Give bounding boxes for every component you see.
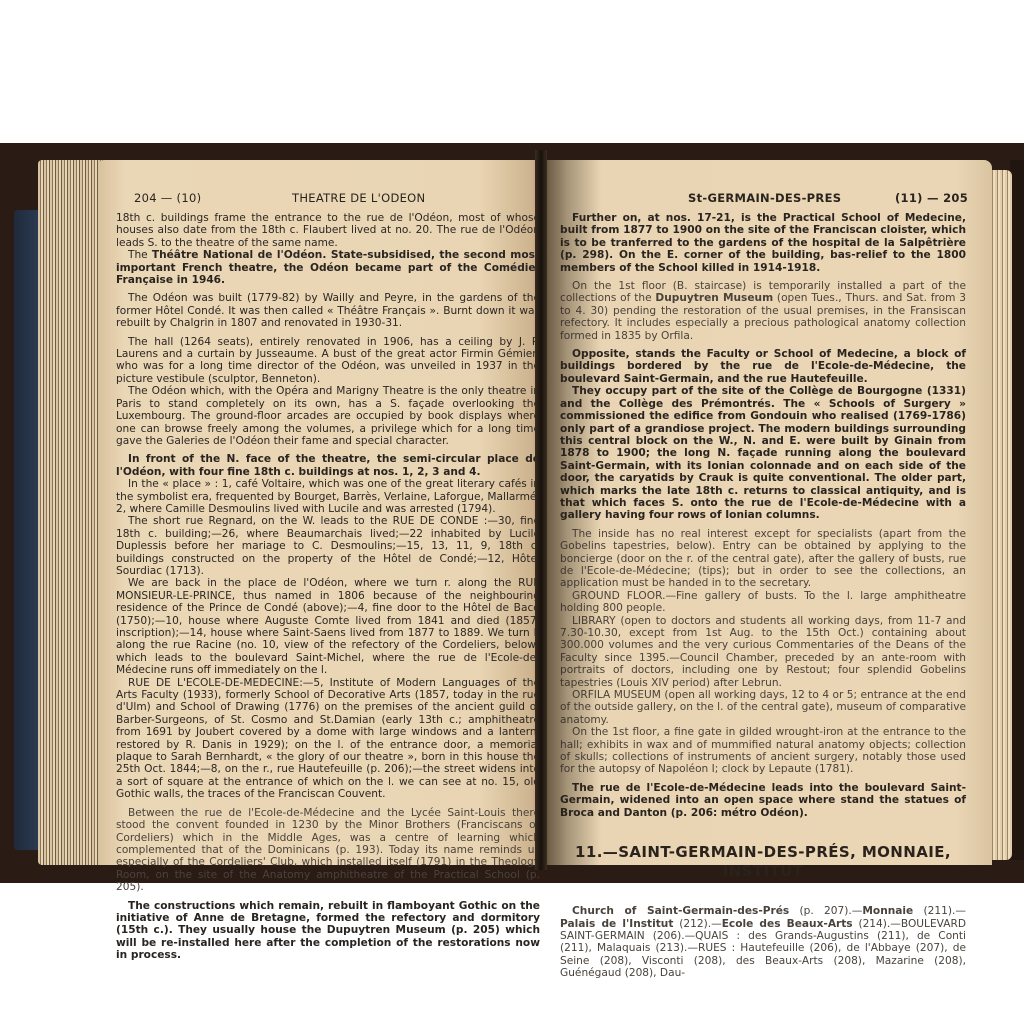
left-running-head: 204 — (10) THEATRE DE L'ODEON xyxy=(116,192,546,206)
text-run: (p. 207).— xyxy=(789,905,862,917)
bold-term: Ecole des Beaux-Arts xyxy=(722,918,853,930)
paragraph: In the « place » : 1, café Voltaire, whi… xyxy=(116,478,540,515)
right-running-head: St-GERMAIN-DES-PRES (11) — 205 xyxy=(540,192,992,206)
text-run: (211).— xyxy=(913,905,966,917)
page-edges-right xyxy=(990,170,1012,860)
paragraph: RUE DE L'ECOLE-DE-MEDECINE:—5, Institute… xyxy=(116,677,540,801)
paragraph: The rue de l'Ecole-de-Médecine leads int… xyxy=(560,782,966,819)
paragraph: Between the rue de l'Ecole-de-Médecine a… xyxy=(116,807,540,894)
paragraph: Further on, at nos. 17-21, is the Practi… xyxy=(560,212,966,274)
right-running-title: St-GERMAIN-DES-PRES xyxy=(688,192,841,204)
right-body-text: Further on, at nos. 17-21, is the Practi… xyxy=(560,212,966,980)
paragraph: The Théâtre National de l'Odéon. State-s… xyxy=(116,249,540,286)
paragraph: ORFILA MUSEUM (open all working days, 12… xyxy=(560,689,966,726)
text-run: (212).— xyxy=(673,918,721,930)
left-running-title: THEATRE DE L'ODEON xyxy=(292,192,425,204)
paragraph: In front of the N. face of the theatre, … xyxy=(116,453,540,478)
paragraph: On the 1st floor, a fine gate in gilded … xyxy=(560,726,966,776)
section-heading-line: 11.—SAINT-GERMAIN-DES-PRÉS, MONNAIE, xyxy=(560,843,966,862)
bold-term: Palais de l'Institut xyxy=(560,918,673,930)
text-run: The xyxy=(128,249,152,261)
paragraph: They occupy part of the site of the Coll… xyxy=(560,385,966,521)
left-body-text: 18th c. buildings frame the entrance to … xyxy=(116,212,540,962)
bold-term: Church of Saint-Germain-des-Prés xyxy=(572,905,789,917)
bold-term: School of Medecine, xyxy=(774,348,898,360)
book-gutter xyxy=(535,150,547,870)
section-heading-line: INSTITUT xyxy=(560,862,966,881)
paragraph: On the 1st floor (B. staircase) is tempo… xyxy=(560,280,966,342)
text-run: Opposite, stands the Faculty or xyxy=(572,348,774,360)
paragraph: The short rue Regnard, on the W. leads t… xyxy=(116,515,540,577)
right-page: St-GERMAIN-DES-PRES (11) — 205 Further o… xyxy=(540,160,992,865)
left-page-number: 204 — (10) xyxy=(134,192,201,204)
paragraph: Opposite, stands the Faculty or School o… xyxy=(560,348,966,385)
paragraph: The Odéon which, with the Opéra and Mari… xyxy=(116,385,540,447)
book-cover-right xyxy=(1010,160,1024,860)
paragraph: LIBRARY (open to doctors and students al… xyxy=(560,615,966,689)
section-heading: 11.—SAINT-GERMAIN-DES-PRÉS, MONNAIE, INS… xyxy=(560,843,966,881)
paragraph: The inside has no real interest except f… xyxy=(560,528,966,590)
right-page-number: (11) — 205 xyxy=(895,192,968,204)
paragraph: 18th c. buildings frame the entrance to … xyxy=(116,212,540,249)
page-edges-left xyxy=(38,160,102,865)
paragraph: The constructions which remain, rebuilt … xyxy=(116,900,540,962)
bold-term: Monnaie xyxy=(862,905,913,917)
paragraph: The hall (1264 seats), entirely renovate… xyxy=(116,336,540,386)
section-index: Church of Saint-Germain-des-Prés (p. 207… xyxy=(560,905,966,979)
bold-term: Théâtre National de l'Odéon. xyxy=(152,249,327,261)
paragraph: We are back in the place de l'Odéon, whe… xyxy=(116,577,540,676)
bold-term: Dupuytren Museum xyxy=(655,292,773,304)
paragraph: The Odéon was built (1779-82) by Wailly … xyxy=(116,292,540,329)
paragraph: GROUND FLOOR.—Fine gallery of busts. To … xyxy=(560,590,966,615)
left-page: 204 — (10) THEATRE DE L'ODEON 18th c. bu… xyxy=(98,160,546,865)
